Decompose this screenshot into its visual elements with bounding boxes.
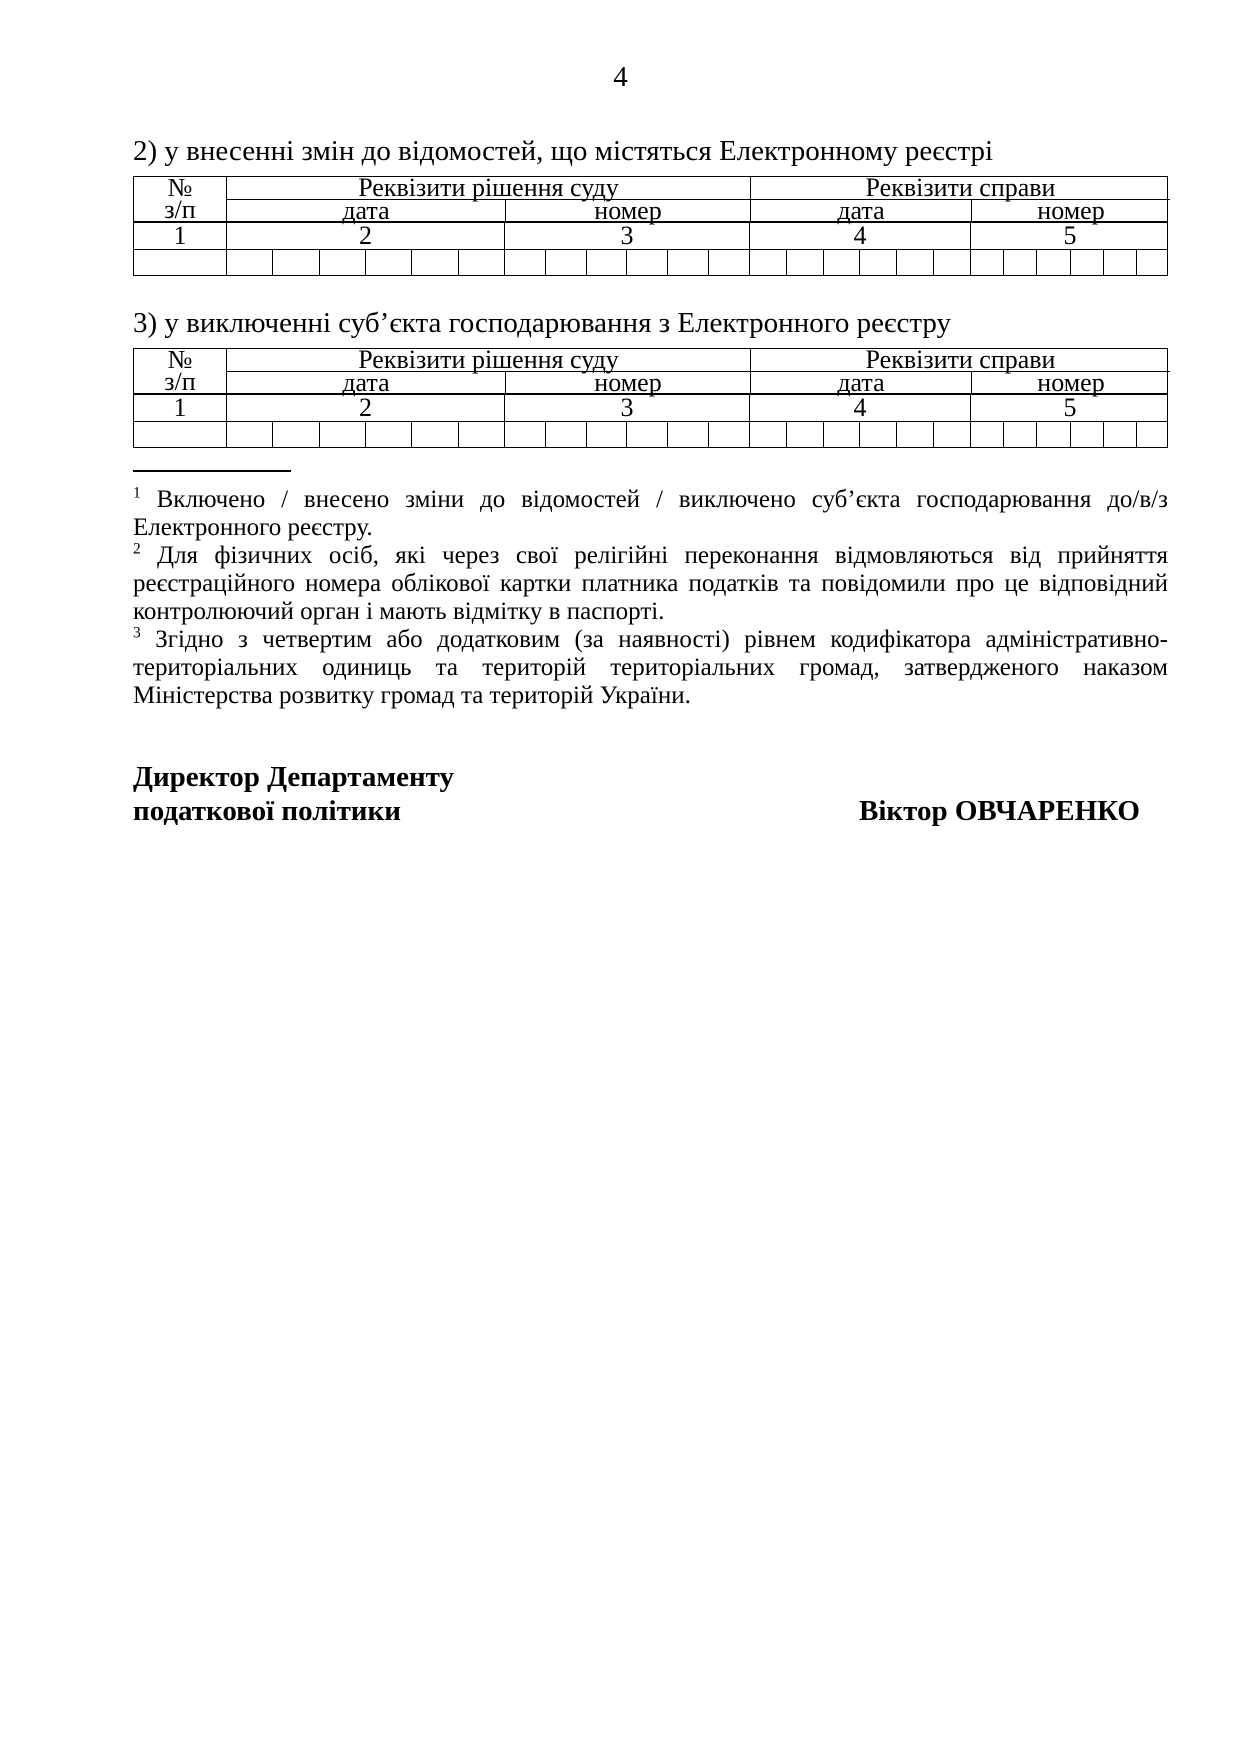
entry-cell <box>272 250 318 276</box>
entry-cell <box>1136 422 1169 448</box>
entry-cell <box>319 250 365 276</box>
entry-cell <box>1036 422 1069 448</box>
entry-cell <box>823 250 860 276</box>
entry-cell <box>933 250 970 276</box>
footnotes: 1 Включено / внесено зміни до відомостей… <box>133 486 1168 710</box>
footnote-2: 2 Для фізичних осіб, які через свої релі… <box>133 542 1168 626</box>
entry-cell <box>365 250 411 276</box>
entry-cell <box>786 422 823 448</box>
entry-cells-row <box>134 249 1167 275</box>
entry-cell <box>411 250 457 276</box>
entry-cell <box>859 422 896 448</box>
group-header-court-decision: Реквізити рішення суду <box>227 349 750 371</box>
footnote-marker: 3 <box>133 625 141 642</box>
entry-cells-date-2 <box>749 422 970 447</box>
entry-cell <box>458 422 504 448</box>
signature-line2: податкової політики Віктор ОВЧАРЕНКО <box>133 794 1168 828</box>
court-decision-table-2: № з/п Реквізити рішення суду Реквізити с… <box>133 348 1168 448</box>
column-number: 1 <box>134 395 226 421</box>
signatory-name: Віктор ОВЧАРЕНКО <box>859 794 1168 828</box>
column-number: 4 <box>749 223 970 249</box>
sub-header-number-2: номер <box>971 372 1170 393</box>
footnote-text: Включено / внесено зміни до відомостей /… <box>133 486 1168 541</box>
entry-cell <box>458 250 504 276</box>
entry-cell <box>896 250 933 276</box>
table-header-right: Реквізити рішення суду Реквізити справи … <box>226 177 1170 221</box>
entry-cell <box>227 250 272 276</box>
footnote-1: 1 Включено / внесено зміни до відомостей… <box>133 486 1168 542</box>
entry-cells-number-2 <box>970 422 1169 447</box>
signature-block: Директор Департаменту податкової політик… <box>133 760 1168 828</box>
entry-cell <box>626 250 667 276</box>
entry-cell <box>971 250 1003 276</box>
entry-cell <box>505 422 545 448</box>
column-number: 5 <box>970 223 1169 249</box>
footnote-3: 3 Згідно з четвертим або додатковим (за … <box>133 626 1168 710</box>
entry-cell <box>1136 250 1169 276</box>
entry-cells-date-2 <box>749 250 970 275</box>
table-header: № з/п Реквізити рішення суду Реквізити с… <box>134 349 1167 393</box>
entry-cell <box>626 422 667 448</box>
column-number: 3 <box>504 223 749 249</box>
entry-cell <box>545 422 586 448</box>
entry-cell <box>411 422 457 448</box>
entry-cell <box>750 422 786 448</box>
section-heading-2: 2) у внесенні змін до відомостей, що міс… <box>133 134 1168 168</box>
entry-cell <box>545 250 586 276</box>
entry-cell <box>1003 422 1036 448</box>
entry-cell <box>667 250 708 276</box>
document-page: 4 2) у внесенні змін до відомостей, що м… <box>0 0 1241 1754</box>
zp-label: з/п <box>164 199 195 221</box>
page-number: 4 <box>0 62 1241 92</box>
entry-cell <box>1070 250 1103 276</box>
table-header-right: Реквізити рішення суду Реквізити справи … <box>226 349 1170 393</box>
sub-header-number-1: номер <box>505 200 750 221</box>
column-numbers-row: 1 2 3 4 5 <box>134 393 1167 421</box>
column-number-header: № з/п <box>134 349 226 393</box>
entry-cell <box>708 250 749 276</box>
sub-header-date-1: дата <box>227 200 505 221</box>
entry-cell <box>1036 250 1069 276</box>
entry-cell-number <box>134 250 226 275</box>
sub-header-date-1: дата <box>227 372 505 393</box>
entry-cell <box>933 422 970 448</box>
entry-cell <box>859 250 896 276</box>
entry-cell <box>896 422 933 448</box>
entry-cell <box>823 422 860 448</box>
zp-label: з/п <box>164 371 195 393</box>
section-heading-3: 3) у виключенні суб’єкта господарювання … <box>133 306 1168 340</box>
footnote-text: Для фізичних осіб, які через свої релігі… <box>133 542 1168 625</box>
footnote-marker: 2 <box>133 541 141 558</box>
entry-cell <box>365 422 411 448</box>
group-header-case: Реквізити справи <box>750 349 1170 371</box>
court-decision-table-1: № з/п Реквізити рішення суду Реквізити с… <box>133 176 1168 276</box>
entry-cell <box>586 250 627 276</box>
signatory-title-line1: Директор Департаменту <box>133 760 1168 794</box>
entry-cell <box>227 422 272 448</box>
entry-cell <box>319 422 365 448</box>
entry-cells-row <box>134 421 1167 447</box>
column-number: 2 <box>226 223 504 249</box>
column-number: 2 <box>226 395 504 421</box>
entry-cell <box>505 250 545 276</box>
entry-cell <box>971 422 1003 448</box>
column-number-header: № з/п <box>134 177 226 221</box>
entry-cell-number <box>134 422 226 447</box>
entry-cell <box>1103 250 1136 276</box>
footnote-text: Згідно з четвертим або додатковим (за на… <box>133 626 1168 709</box>
entry-cell <box>1003 250 1036 276</box>
entry-cell <box>1070 422 1103 448</box>
sub-header-date-2: дата <box>750 372 971 393</box>
column-number: 4 <box>749 395 970 421</box>
sub-header-number-2: номер <box>971 200 1170 221</box>
entry-cells-number-2 <box>970 250 1169 275</box>
entry-cell <box>1103 422 1136 448</box>
sub-header-number-1: номер <box>505 372 750 393</box>
entry-cells-date-1 <box>226 422 504 447</box>
entry-cell <box>586 422 627 448</box>
sub-header-row: дата номер дата номер <box>227 199 1170 221</box>
entry-cells-number-1 <box>504 250 749 275</box>
table-header: № з/п Реквізити рішення суду Реквізити с… <box>134 177 1167 221</box>
footnote-marker: 1 <box>133 485 141 502</box>
sub-header-date-2: дата <box>750 200 971 221</box>
signatory-title-line2: податкової політики <box>133 794 401 828</box>
page-content: 2) у внесенні змін до відомостей, що міс… <box>133 134 1168 828</box>
entry-cell <box>708 422 749 448</box>
entry-cells-date-1 <box>226 250 504 275</box>
entry-cells-number-1 <box>504 422 749 447</box>
footnote-separator <box>133 470 291 472</box>
entry-cell <box>750 250 786 276</box>
entry-cell <box>786 250 823 276</box>
entry-cell <box>667 422 708 448</box>
sub-header-row: дата номер дата номер <box>227 371 1170 393</box>
column-numbers-row: 1 2 3 4 5 <box>134 221 1167 249</box>
column-number: 5 <box>970 395 1169 421</box>
entry-cell <box>272 422 318 448</box>
group-header-case: Реквізити справи <box>750 177 1170 199</box>
column-number: 1 <box>134 223 226 249</box>
group-header-court-decision: Реквізити рішення суду <box>227 177 750 199</box>
column-number: 3 <box>504 395 749 421</box>
